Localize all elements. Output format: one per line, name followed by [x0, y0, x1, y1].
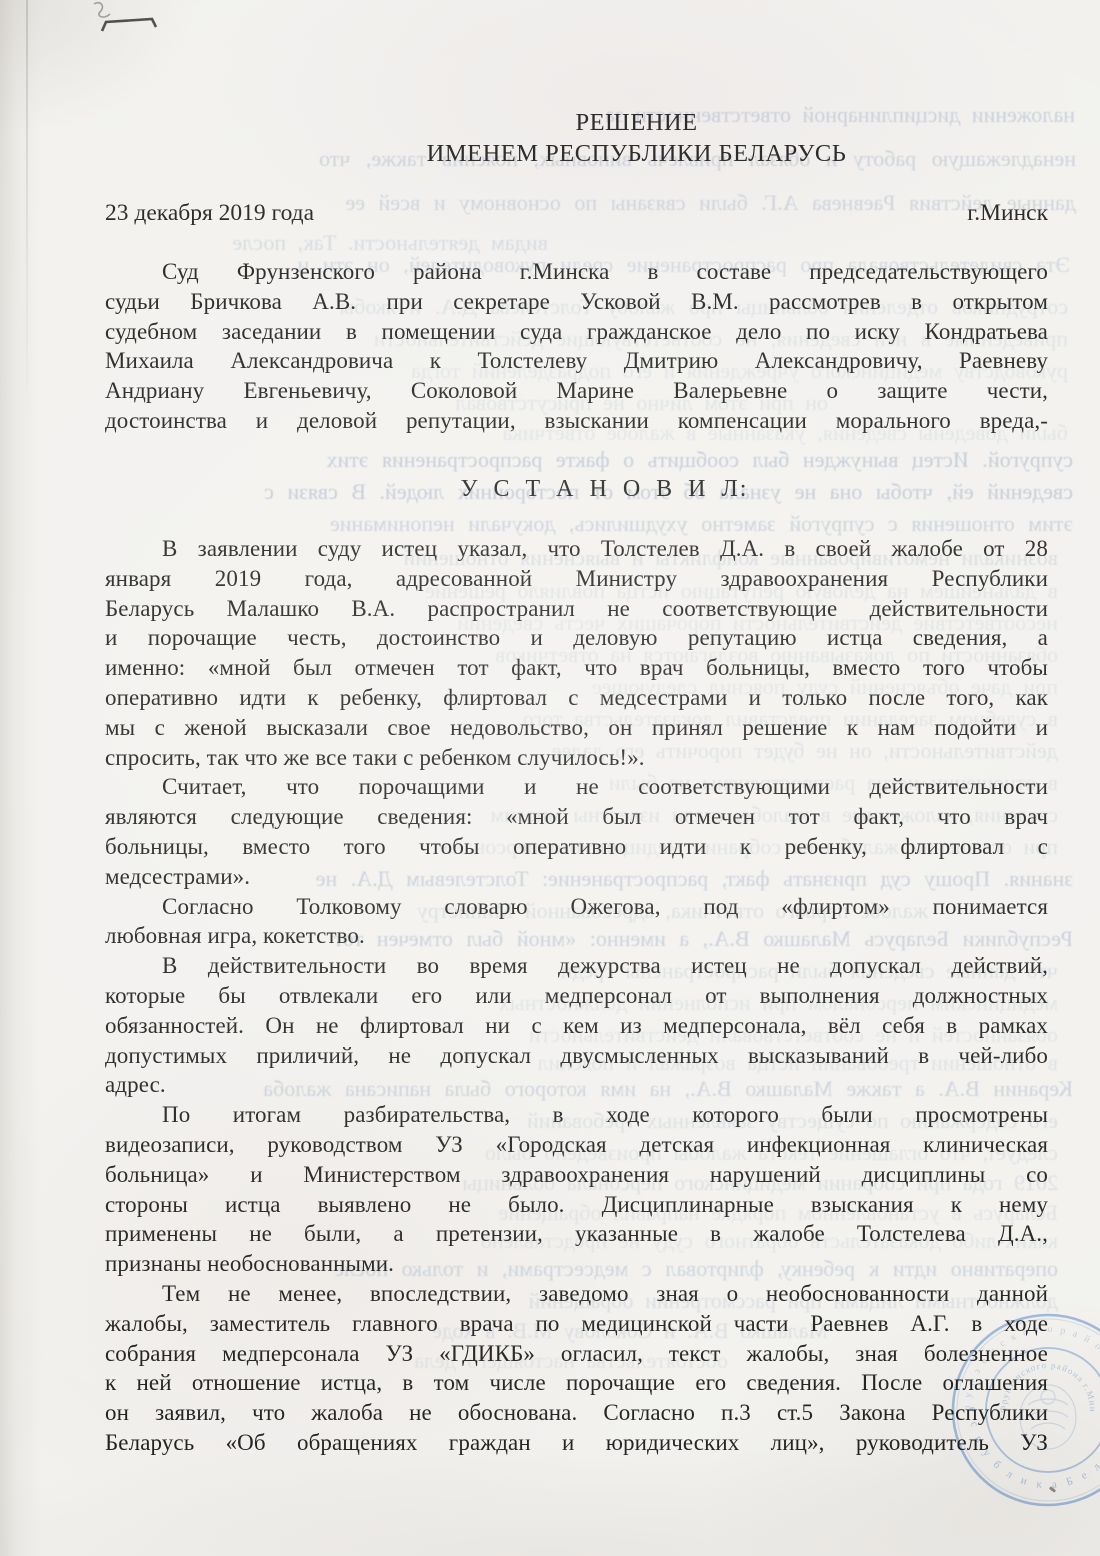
text-line: являются следующие сведения: «мной был о…: [105, 802, 1048, 832]
text-line: жалобы, заместитель главного врача по ме…: [105, 1309, 1048, 1339]
text-line: именно: «мной был отмечен тот факт, что …: [105, 653, 1048, 683]
document-title-line1: РЕШЕНИЕ: [165, 107, 1100, 138]
stamp-inner-text: Фрунзенского района г.Мин: [998, 1360, 1098, 1413]
resolution-heading: У С Т А Н О В И Л:: [133, 476, 1076, 503]
stamp-ring-text-top: с у д Ф р у н з е н с к о г о р а й о н …: [943, 1305, 1100, 1411]
stamp-emblem: [1020, 1385, 1076, 1449]
text-line: Беларусь «Об обращениях граждан и юридич…: [105, 1428, 1048, 1458]
date-place-row: 23 декабря 2019 года г.Минск: [105, 199, 1048, 227]
text-line: оперативно идти к ребенку, флиртовал с м…: [105, 683, 1048, 713]
intro-paragraph: Суд Фрунзенского района г.Минска в соста…: [105, 257, 1048, 436]
pen-squiggle-icon: [86, 0, 122, 34]
decision-city: г.Минск: [967, 199, 1048, 227]
text-line: допустимых приличий, не допускал двусмыс…: [105, 1041, 1048, 1071]
scanned-court-decision-page: наложении дисциплинарной ответственности…: [0, 0, 1100, 1556]
text-line: В действительности во время дежурства ис…: [105, 951, 1048, 981]
body-paragraphs: В заявлении суду истец указал, что Толст…: [105, 534, 1048, 1458]
text-line: судьи Бричкова А.В. при секретаре Усково…: [105, 287, 1048, 317]
text-line: и порочащие честь, достоинство и деловую…: [105, 623, 1048, 653]
text-line: Согласно Толковому словарю Ожегова, под …: [105, 892, 1048, 922]
court-seal-stamp: с у д Ф р у н з е н с к о г о р а й о н …: [943, 1305, 1100, 1515]
svg-text:Фрунзенского района г.Мин: Фрунзенского района г.Мин: [998, 1360, 1098, 1413]
text-line: адрес.: [105, 1070, 1048, 1100]
document-header: РЕШЕНИЕ ИМЕНЕМ РЕСПУБЛИКИ БЕЛАРУСЬ: [165, 107, 1100, 169]
document-title-line2: ИМЕНЕМ РЕСПУБЛИКИ БЕЛАРУСЬ: [165, 138, 1100, 169]
text-line: больница» и Министерством здравоохранени…: [105, 1160, 1048, 1190]
text-line: мы с женой высказали свое недовольство, …: [105, 713, 1048, 743]
text-line: он заявил, что жалоба не обоснована. Сог…: [105, 1398, 1048, 1428]
text-line: которые бы отвлекали его или медперсонал…: [105, 981, 1048, 1011]
text-line: Тем не менее, впоследствии, заведомо зна…: [105, 1279, 1048, 1309]
text-line: Андриану Евгеньевичу, Соколовой Марине В…: [105, 376, 1048, 406]
text-line: января 2019 года, адресованной Министру …: [105, 564, 1048, 594]
text-line: стороны истца выявлено не было. Дисципли…: [105, 1190, 1048, 1220]
text-line: Михаила Александровича к Толстелеву Дмит…: [105, 346, 1048, 376]
text-line: Считает, что порочащими и не соответству…: [105, 772, 1048, 802]
bleed-line: супругой. Истец вынужден был сообщить о …: [118, 447, 1073, 473]
text-line: спросить, так что же все таки с ребенком…: [105, 743, 1048, 773]
text-line: В заявлении суду истец указал, что Толст…: [105, 534, 1048, 564]
svg-text:с у д Ф р у н з е н с к о г: с у д Ф р у н з е н с к о г о р а й о н …: [943, 1305, 1100, 1411]
text-line: достоинства и деловой репутации, взыскан…: [105, 406, 1048, 436]
text-line: признаны необоснованными.: [105, 1249, 1048, 1279]
text-line: судебном заседании в помещении суда граж…: [105, 317, 1048, 347]
text-line: По итогам разбирательства, в ходе которо…: [105, 1100, 1048, 1130]
decision-date: 23 декабря 2019 года: [105, 199, 314, 227]
text-line: медсестрами».: [105, 862, 1048, 892]
text-line: собрания медперсонала УЗ «ГДИКБ» огласил…: [105, 1339, 1048, 1369]
text-line: Суд Фрунзенского района г.Минска в соста…: [105, 257, 1048, 287]
text-line: обязанностей. Он не флиртовал ни с кем и…: [105, 1011, 1048, 1041]
text-line: применены не были, а претензии, указанны…: [105, 1219, 1048, 1249]
text-line: к ней отношение истца, в том числе пороч…: [105, 1368, 1048, 1398]
text-line: видеозаписи, руководством УЗ «Городская …: [105, 1130, 1048, 1160]
text-line: больницы, вместо того чтобы оперативно и…: [105, 832, 1048, 862]
text-line: любовная игра, кокетство.: [105, 921, 1048, 951]
text-line: Беларусь Малашко В.А. распространил не с…: [105, 594, 1048, 624]
